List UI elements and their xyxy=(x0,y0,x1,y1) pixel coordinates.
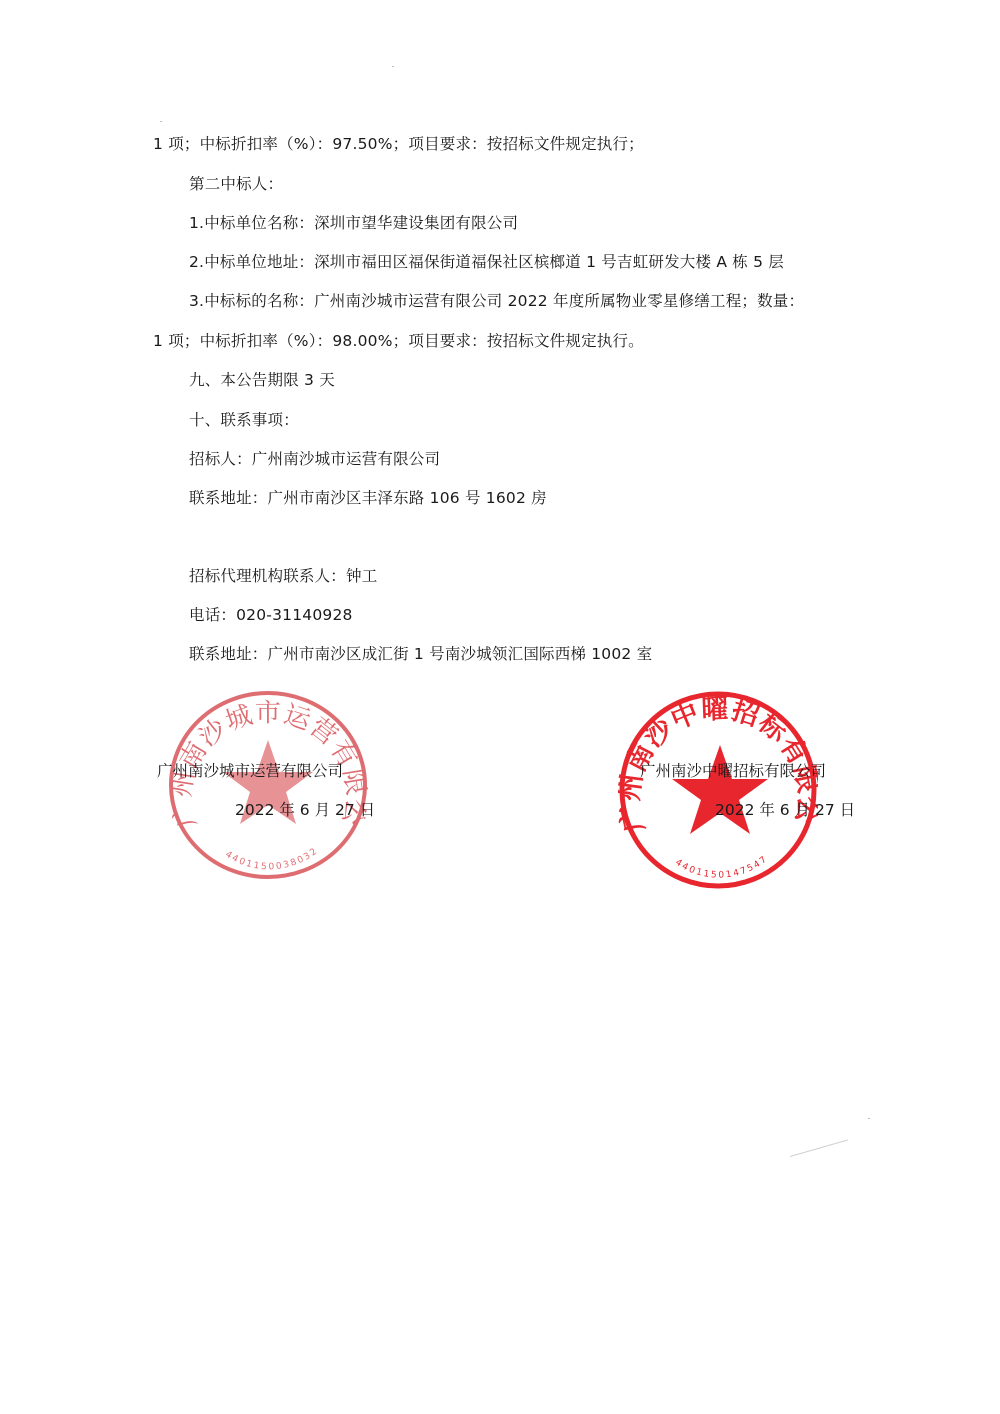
signing-date-right: 2022 年 6 月 27 日 xyxy=(715,800,855,820)
red-seal-icon: 广州南沙中曜招标有限公司 4401150147547 xyxy=(618,690,818,890)
company-seal-right: 广州南沙中曜招标有限公司 4401150147547 xyxy=(618,690,818,890)
svg-text:4401150038032: 4401150038032 xyxy=(223,846,320,873)
text-line: 第二中标人： xyxy=(189,174,283,194)
scan-artifact xyxy=(160,121,162,122)
signing-date-left: 2022 年 6 月 27 日 xyxy=(235,800,375,820)
text-line: 联系地址：广州市南沙区成汇街 1 号南沙城领汇国际西梯 1002 室 xyxy=(189,644,652,664)
text-line: 1 项；中标折扣率（%）：97.50%；项目要求：按招标文件规定执行； xyxy=(153,134,644,154)
text-line: 招标代理机构联系人：钟工 xyxy=(189,566,377,586)
text-line: 九、本公告期限 3 天 xyxy=(189,370,335,390)
text-line: 1.中标单位名称：深圳市望华建设集团有限公司 xyxy=(189,213,518,233)
document-page: 1 项；中标折扣率（%）：97.50%；项目要求：按招标文件规定执行； 第二中标… xyxy=(0,0,1000,1414)
company-seal-left: 广州南沙城市运营有限公司 4401150038032 xyxy=(168,690,368,880)
text-line: 1 项；中标折扣率（%）：98.00%；项目要求：按招标文件规定执行。 xyxy=(153,331,644,351)
text-line: 招标人：广州南沙城市运营有限公司 xyxy=(189,449,440,469)
svg-text:4401150147547: 4401150147547 xyxy=(673,854,770,881)
text-line: 2.中标单位地址：深圳市福田区福保街道福保社区槟榔道 1 号吉虹研发大楼 A 栋… xyxy=(189,252,784,272)
text-line: 3.中标标的名称：广州南沙城市运营有限公司 2022 年度所属物业零星修缮工程；… xyxy=(189,291,804,311)
scan-artifact xyxy=(868,1118,870,1119)
text-line: 联系地址：广州市南沙区丰泽东路 106 号 1602 房 xyxy=(189,488,547,508)
red-seal-icon: 广州南沙城市运营有限公司 4401150038032 xyxy=(168,690,368,880)
text-line: 十、联系事项： xyxy=(189,410,299,430)
scan-artifact xyxy=(392,66,394,67)
scan-artifact xyxy=(790,1139,848,1156)
signer-company-left: 广州南沙城市运营有限公司 xyxy=(157,761,343,781)
signer-company-right: 广州南沙中曜招标有限公司 xyxy=(640,761,826,781)
text-line: 电话：020-31140928 xyxy=(189,605,353,625)
